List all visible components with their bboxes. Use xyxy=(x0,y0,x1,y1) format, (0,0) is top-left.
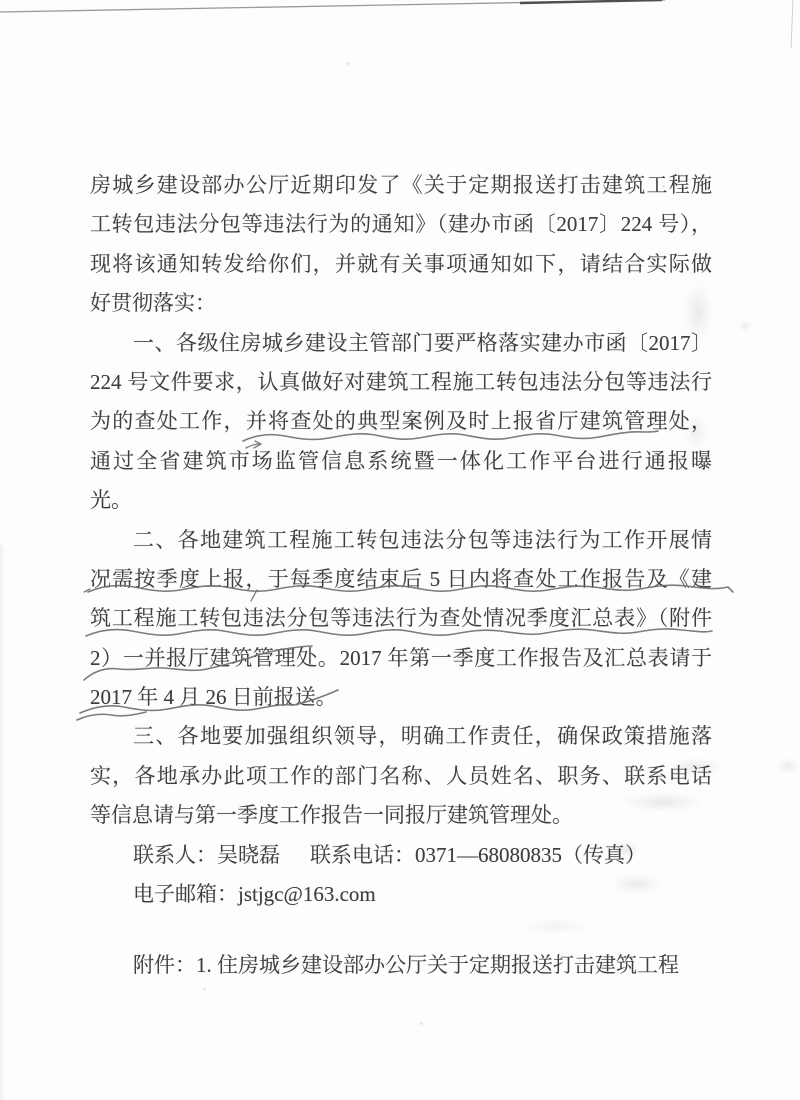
body-line-15: 三、各地要加强组织领导，明确工作责任，确保政策措施落 xyxy=(90,717,712,756)
body-line-14: 2017 年 4 月 26 日前报送。 xyxy=(90,678,712,717)
body-line-6: 224 号文件要求，认真做好对建筑工程施工转包违法分包等违法行 xyxy=(90,363,712,402)
body-line-5: 一、各级住房城乡建设主管部门要严格落实建办市函〔2017〕 xyxy=(90,324,712,363)
scan-speck xyxy=(420,1022,423,1025)
document-body: 房城乡建设部办公厅近期印发了《关于定期报送打击建筑工程施 工转包违法分包等违法行… xyxy=(90,166,712,986)
scan-speck xyxy=(347,62,350,65)
bleedthrough-smudge xyxy=(778,758,798,774)
scan-right-edge-line xyxy=(791,0,793,48)
contact-person: 联系人：吴晓磊 xyxy=(133,836,280,875)
contact-phone: 联系电话：0371—68080835（传真） xyxy=(310,836,646,875)
scan-top-edge-line xyxy=(0,0,665,12)
body-line-2: 工转包违法分包等违法行为的通知》（建办市函〔2017〕224 号）， xyxy=(90,205,712,244)
body-line-16: 实，各地承办此项工作的部门名称、人员姓名、职务、联系电话 xyxy=(90,757,712,796)
scan-top-edge-dark-segment xyxy=(520,0,662,3)
body-line-12: 筑工程施工转包违法分包等违法行为查处情况季度汇总表》（附件 xyxy=(90,599,712,638)
body-line-13: 2）一并报厅建筑管理处。2017 年第一季度工作报告及汇总表请于 xyxy=(90,639,712,678)
scan-left-edge-shadow xyxy=(0,545,6,1100)
body-line-1: 房城乡建设部办公厅近期印发了《关于定期报送打击建筑工程施 xyxy=(90,166,712,205)
scan-speck xyxy=(203,988,206,991)
body-line-17: 等信息请与第一季度工作报告一同报厅建筑管理处。 xyxy=(90,796,712,835)
scan-smudge xyxy=(738,320,752,331)
contact-line: 联系人：吴晓磊 联系电话：0371—68080835（传真） xyxy=(90,836,712,875)
body-line-7: 为的查处工作，并将查处的典型案例及时上报省厅建筑管理处， xyxy=(90,402,712,441)
contact-email-line: 电子邮箱：jstjgc@163.com xyxy=(90,875,712,914)
body-line-8: 通过全省建筑市场监管信息系统暨一体化工作平台进行通报曝 xyxy=(90,442,712,481)
attachment-line: 附件：1. 住房城乡建设部办公厅关于定期报送打击建筑工程 xyxy=(90,946,712,985)
body-line-3: 现将该通知转发给你们，并就有关事项通知如下，请结合实际做 xyxy=(90,245,712,284)
body-line-4: 好贯彻落实： xyxy=(90,284,712,323)
scanned-page: 房城乡建设部办公厅近期印发了《关于定期报送打击建筑工程施 工转包违法分包等违法行… xyxy=(0,0,800,1100)
body-line-9: 光。 xyxy=(90,481,712,520)
body-line-11: 况需按季度上报，于每季度结束后 5 日内将查处工作报告及《建 xyxy=(90,560,712,599)
body-line-10: 二、各地建筑工程施工转包违法分包等违法行为工作开展情 xyxy=(90,521,712,560)
